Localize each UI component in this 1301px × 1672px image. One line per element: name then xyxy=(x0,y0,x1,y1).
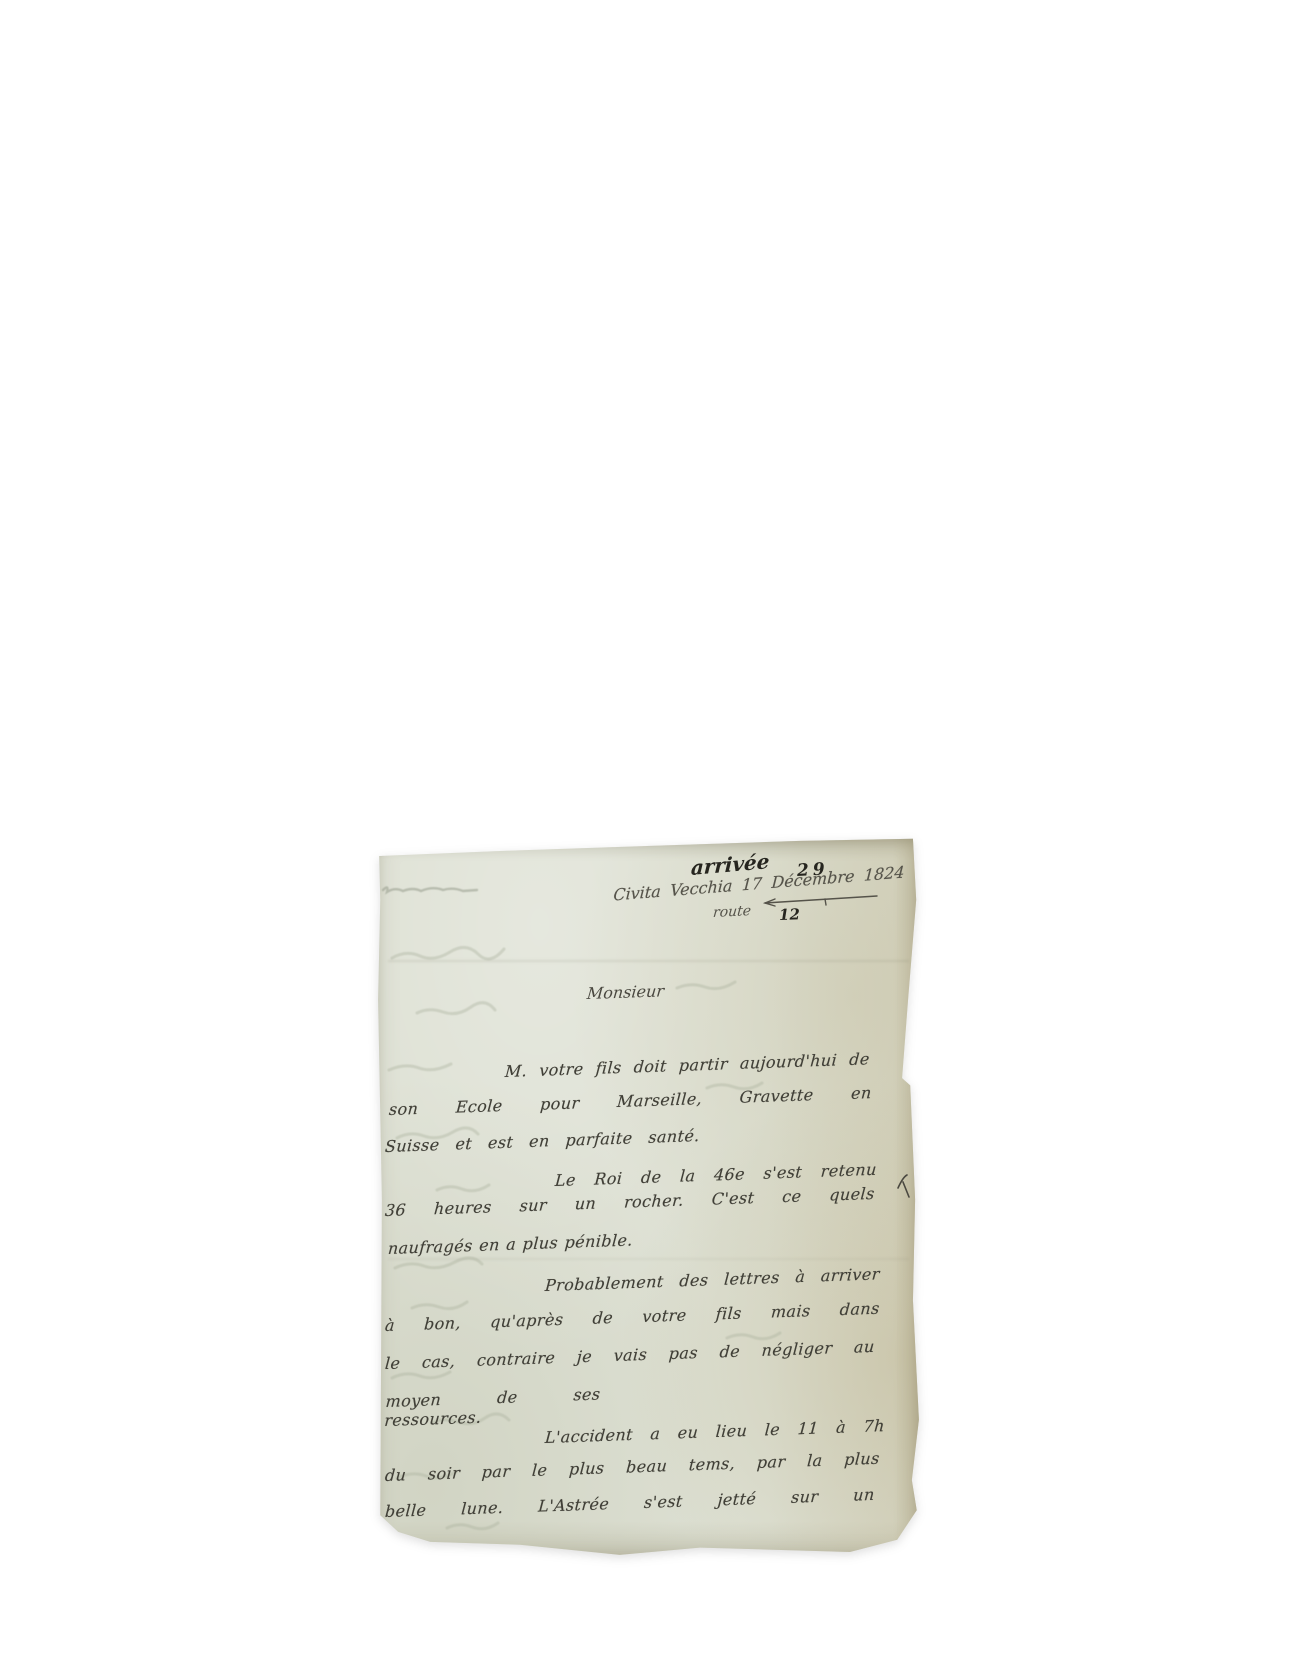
handwritten-line: moyen de ses ressources. xyxy=(384,1384,602,1430)
handwritten-line: du soir par le plus beau tems, par la pl… xyxy=(384,1449,880,1485)
letter-paper: arrivée 29 Civita Vecchia 17 Décembre 18… xyxy=(377,838,920,1557)
route-number: 12 xyxy=(779,905,800,924)
dateline-underline-arrow xyxy=(765,896,877,906)
letter-paper-wrapper: arrivée 29 Civita Vecchia 17 Décembre 18… xyxy=(377,838,920,1557)
fold-crease xyxy=(388,960,909,962)
handwritten-line: Suisse et est en parfaite santé. xyxy=(384,1126,700,1156)
handwritten-line: 36 heures sur un rocher. C'est ce quels xyxy=(384,1184,875,1220)
handwritten-line: Probablement des lettres à arriver xyxy=(544,1264,880,1295)
handwritten-line: M. votre fils doit partir aujourd'hui de xyxy=(504,1049,870,1081)
handwritten-line: naufragés en a plus pénible. xyxy=(387,1230,633,1258)
handwritten-line: belle lune. L'Astrée s'est jetté sur un xyxy=(384,1485,875,1521)
margin-ink-mark xyxy=(898,1175,909,1197)
salutation: Monsieur xyxy=(586,981,665,1003)
pencil-annotation xyxy=(383,887,477,892)
route-annotation: route xyxy=(712,903,751,921)
handwritten-line: le cas, contraire je vais pas de néglige… xyxy=(384,1337,875,1373)
scanned-letter-page: { "page": { "background_color": "#ffffff… xyxy=(0,0,1301,1672)
handwritten-line: à bon, qu'après de votre fils mais dans xyxy=(384,1299,880,1335)
handwritten-line: son Ecole pour Marseille, Gravette en xyxy=(388,1083,872,1119)
fold-crease xyxy=(388,1258,909,1260)
